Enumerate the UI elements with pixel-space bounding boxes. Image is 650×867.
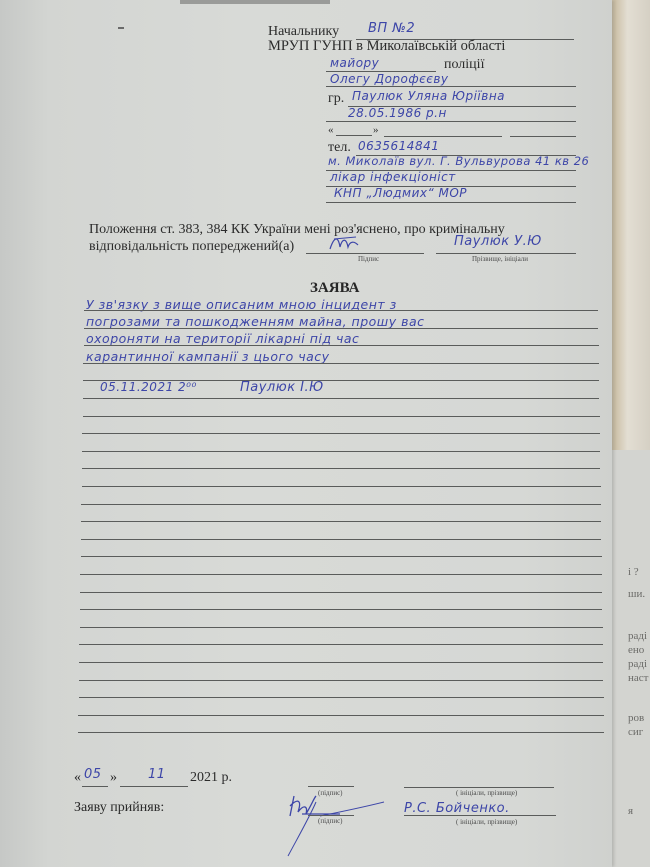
footer-sign-line xyxy=(308,786,354,787)
received-name-value: Р.С. Бойченко. xyxy=(404,801,510,816)
background-text: я xyxy=(628,805,633,817)
ruled-line xyxy=(84,328,599,329)
ruled-line xyxy=(81,521,601,522)
statement-signature: Паулюк І.Ю xyxy=(240,380,324,395)
department-text: МРУП ГУНП в Миколаївській області xyxy=(268,38,505,55)
footer-initials-caption: ( ініціали, прізвище) xyxy=(456,789,517,797)
ruled-line xyxy=(84,310,598,311)
citizen-label: гр. xyxy=(328,91,344,107)
ruled-line xyxy=(82,433,600,434)
background-text: наст xyxy=(628,672,648,684)
date-blank-day xyxy=(336,135,372,136)
background-text: ров xyxy=(628,712,644,724)
ruled-line xyxy=(80,592,602,593)
date-blank-open: « xyxy=(328,124,334,136)
date-blank-month xyxy=(384,136,502,137)
warning-name-line xyxy=(436,253,576,254)
ruled-line xyxy=(79,697,604,698)
warning-signature xyxy=(328,233,362,253)
date-blank-year xyxy=(510,136,576,137)
ruled-line xyxy=(83,416,600,417)
warning-line-1: Положення ст. 383, 384 КК України мені р… xyxy=(89,222,505,238)
statement-date-line: 05.11.2021 2⁰⁰ xyxy=(100,380,197,394)
statement-line: карантинної кампанії з цього часу xyxy=(86,349,330,364)
warning-name-value: Паулюк У.Ю xyxy=(454,234,542,249)
chief-name-line xyxy=(326,86,576,87)
ruled-line xyxy=(83,398,600,399)
background-text: ено xyxy=(628,644,644,656)
ruled-line xyxy=(78,732,604,733)
background-text: раді xyxy=(628,658,647,670)
date-blank-close: » xyxy=(373,124,379,136)
address-value: м. Миколаїв вул. Г. Вульвурова 41 кв 26 xyxy=(328,154,589,168)
received-initials-line xyxy=(404,815,556,816)
received-sign-caption: (підпис) xyxy=(318,817,343,825)
statement-title: ЗАЯВА xyxy=(310,280,359,297)
footer-month-value: 11 xyxy=(148,767,166,782)
phone-value: 0635614841 xyxy=(358,139,439,153)
statement-line: охороняти на території лікарні під час xyxy=(86,331,359,346)
footer-initials-line xyxy=(404,787,554,788)
ruled-line xyxy=(82,451,600,452)
ruled-line xyxy=(79,644,603,645)
ruled-line xyxy=(79,662,603,663)
ruled-line xyxy=(79,680,604,681)
citizen-value: Паулюк Уляна Юріївна xyxy=(352,89,505,103)
ruled-line xyxy=(82,486,601,487)
ruled-line xyxy=(81,556,602,557)
ruled-line xyxy=(80,627,603,628)
footer-month-line xyxy=(120,786,188,787)
footer-year-text: 2021 р. xyxy=(190,770,232,786)
rank-suffix: поліції xyxy=(444,57,484,73)
warning-line-2: відповідальність попереджений(а) xyxy=(89,239,294,255)
occupation-value: лікар інфекціоніст xyxy=(330,170,456,184)
rank-value: майору xyxy=(330,56,379,70)
ruled-line xyxy=(81,504,601,505)
ruled-line xyxy=(83,380,599,381)
received-label: Заяву прийняв: xyxy=(74,800,164,816)
dash-mark xyxy=(118,27,124,29)
ruled-line xyxy=(82,468,601,469)
background-text: раді xyxy=(628,630,647,642)
received-initials-caption: ( ініціали, прізвище) xyxy=(456,818,517,826)
workplace-line xyxy=(326,202,576,203)
ruled-line xyxy=(80,609,603,610)
background-text: сиг xyxy=(628,726,643,738)
footer-date-open: « xyxy=(74,770,81,786)
birth-date-value: 28.05.1986 р.н xyxy=(348,106,447,120)
background-text: і ? xyxy=(628,566,639,578)
footer-day-line xyxy=(82,786,108,787)
footer-date-close: » xyxy=(110,770,117,786)
top-edge-strip xyxy=(180,0,330,4)
ruled-line xyxy=(84,345,599,346)
warning-signature-line xyxy=(306,253,424,254)
ruled-line xyxy=(83,363,599,364)
chief-name-value: Олегу Дорофєєву xyxy=(330,72,449,86)
addressee-value: ВП №2 xyxy=(368,21,415,36)
received-sign-line xyxy=(308,815,354,816)
footer-day-value: 05 xyxy=(84,767,102,782)
ruled-line xyxy=(80,574,602,575)
statement-form: Начальнику ВП №2 МРУП ГУНП в Миколаївськ… xyxy=(0,0,612,867)
name-caption: Прізвище, ініціали xyxy=(472,255,528,263)
workplace-value: КНП „Людмих“ МОР xyxy=(334,186,467,200)
ruled-line xyxy=(81,539,602,540)
birth-date-line xyxy=(326,121,576,122)
received-signature xyxy=(280,790,390,860)
background-text: ши. xyxy=(628,588,645,600)
ruled-line xyxy=(78,715,604,716)
signature-caption: Підпис xyxy=(358,255,379,263)
